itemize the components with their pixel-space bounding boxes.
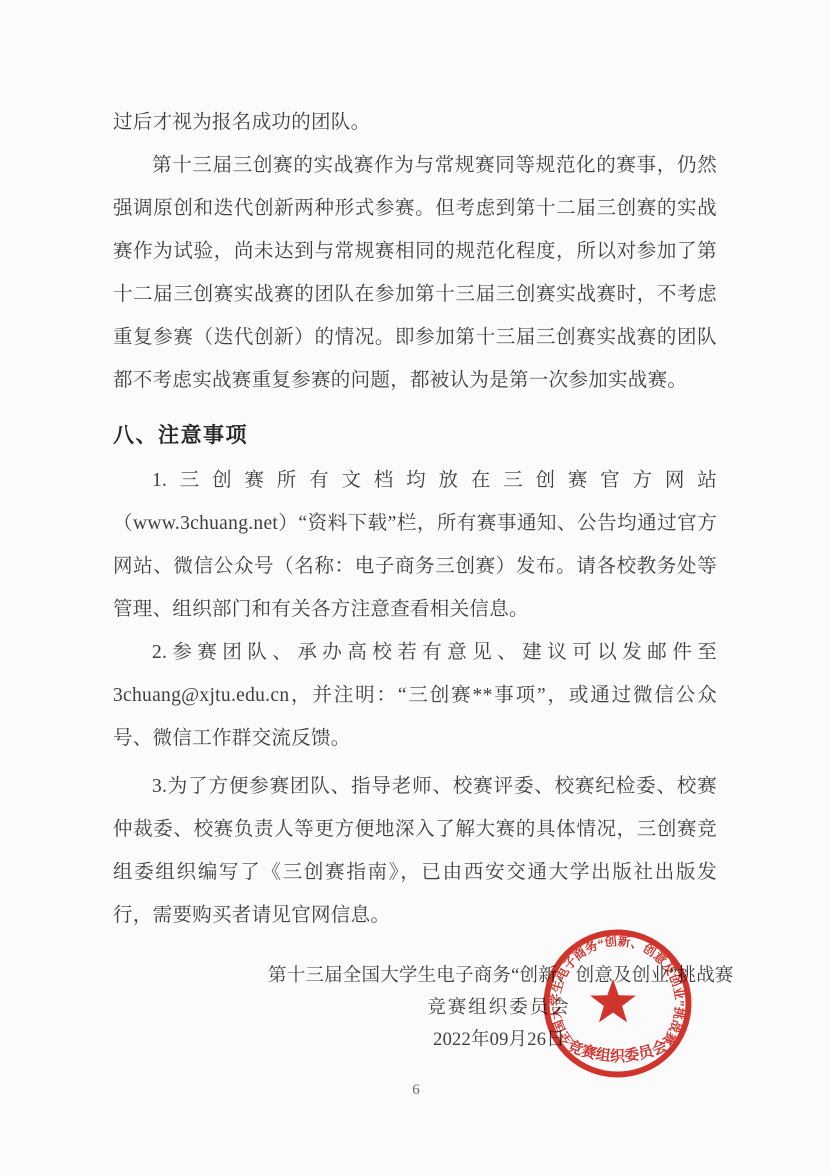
document-page: { "document": { "paragraph_continuation"… xyxy=(0,0,831,1175)
notice-item-2: 2.参赛团队、承办高校若有意见、建议可以发邮件至3chuang@xjtu.edu… xyxy=(113,631,717,760)
section-heading: 八、注意事项 xyxy=(113,414,248,457)
notice-item-3: 3.为了方便参赛团队、指导老师、校赛评委、校赛纪检委、校赛仲裁委、校赛负责人等更… xyxy=(113,765,717,937)
page-number: 6 xyxy=(398,1082,434,1099)
notice-item-1: 1.三创赛所有文档均放在三创赛官方网站（www.3chuang.net）“资料下… xyxy=(113,459,717,631)
official-seal: 全国大学生电子商务“创新、创意及创业”挑战赛 竞赛组织委员会 xyxy=(540,926,695,1081)
seal-star xyxy=(590,979,636,1022)
paragraph-practical-competition: 第十三届三创赛的实战赛作为与常规赛同等规范化的赛事，仍然强调原创和迭代创新两种形… xyxy=(113,144,717,402)
paragraph-continuation: 过后才视为报名成功的团队。 xyxy=(113,101,717,144)
seal-bottom-text: 竞赛组织委员会 xyxy=(565,1037,670,1065)
